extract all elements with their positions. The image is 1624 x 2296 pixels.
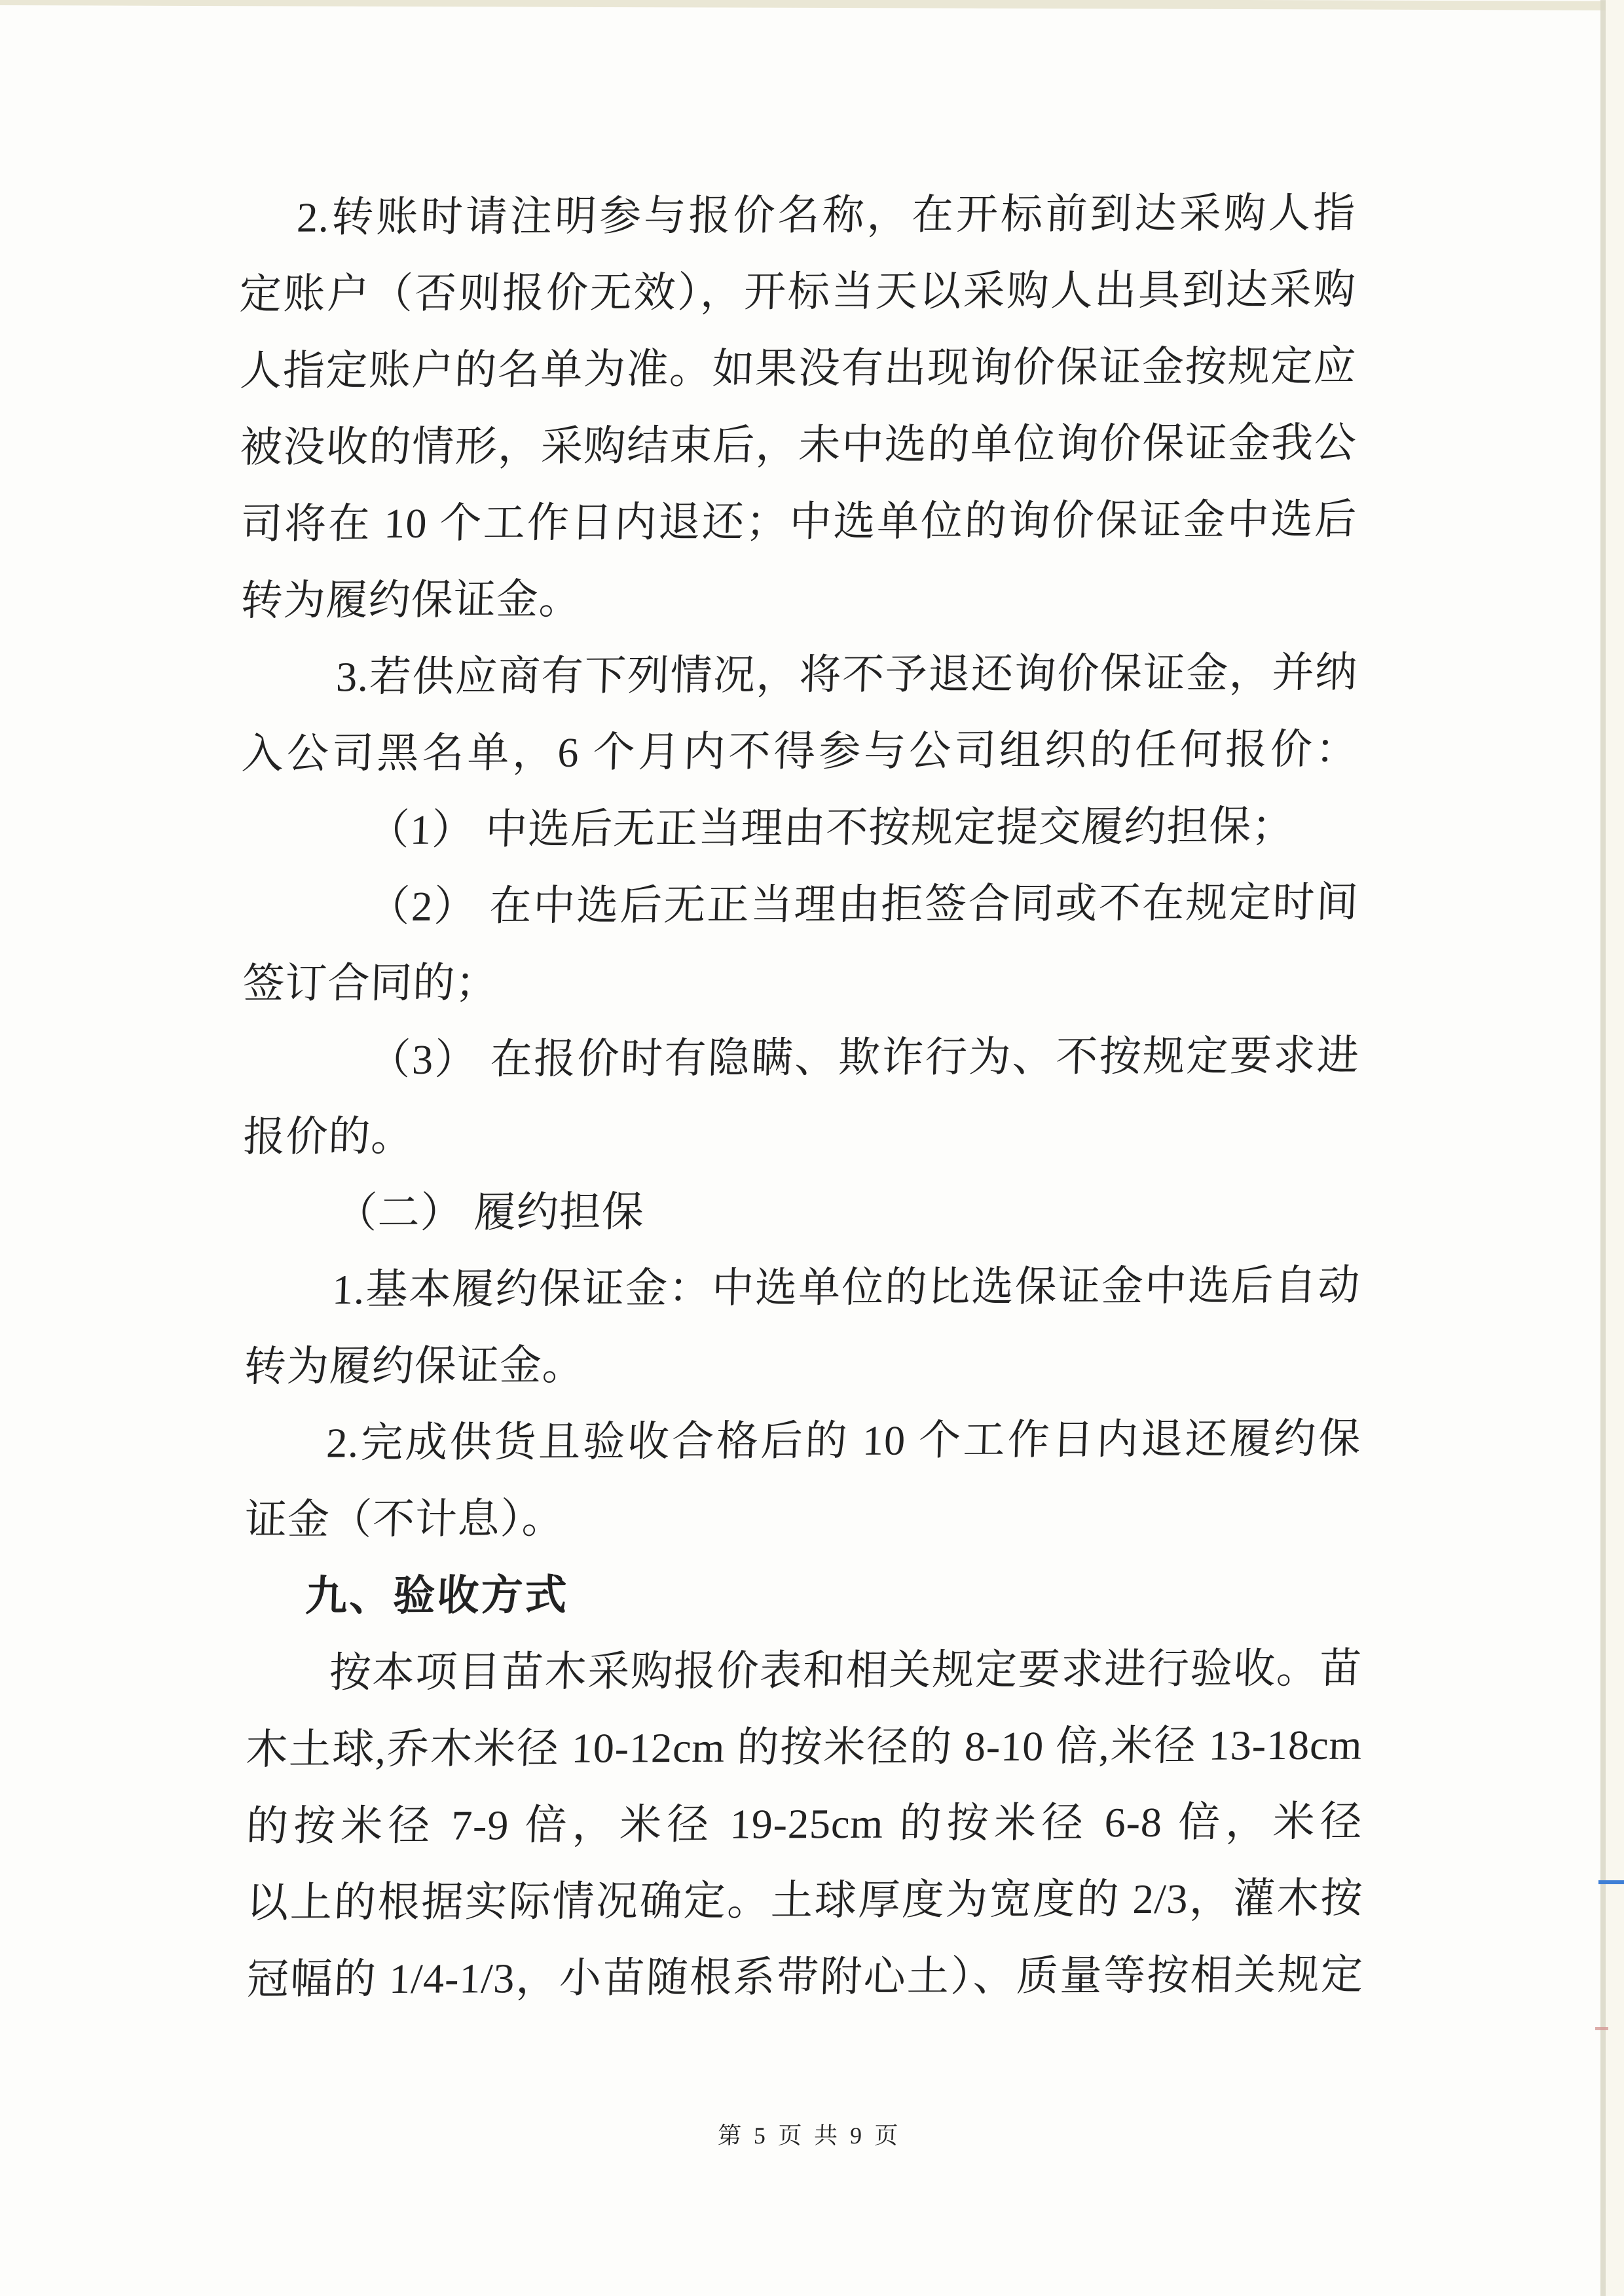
text-line: 的按米径 7-9 倍，米径 19-25cm 的按米径 6-8 倍，米径 25cm — [245, 1783, 1364, 1865]
text-line: 按本项目苗木采购报价表和相关规定要求进行验收。苗 — [244, 1630, 1363, 1711]
text-line: （1） 中选后无正当理由不按规定提交履约担保； — [241, 788, 1360, 869]
text-line: 转为履约保证金。 — [243, 1324, 1362, 1405]
text-line: 2.完成供货且验收合格后的 10 个工作日内退还履约保 — [244, 1400, 1363, 1482]
text-line: 入公司黑名单，6 个月内不得参与公司组织的任何报价： — [240, 711, 1359, 792]
text-line: 以上的根据实际情况确定。土球厚度为宽度的 2/3，灌木按 — [246, 1860, 1365, 1941]
scanned-page: { "document": { "lines": [ { "text": "2.… — [0, 0, 1624, 2296]
text-line: 签订合同的； — [242, 941, 1361, 1022]
text-line: 2.转账时请注明参与报价名称，在开标前到达采购人指 — [238, 175, 1357, 256]
scan-dash-blue — [1598, 1880, 1624, 1884]
text-line: 冠幅的 1/4-1/3，小苗随根系带附心土）、质量等按相关规定 — [246, 1937, 1365, 2018]
text-line: （二） 履约担保 — [242, 1171, 1361, 1252]
document-body: 2.转账时请注明参与报价名称，在开标前到达采购人指定账户（否则报价无效），开标当… — [239, 175, 1363, 2018]
text-line: 定账户（否则报价无效），开标当天以采购人出具到达采购 — [238, 251, 1357, 333]
text-line: 证金（不计息）。 — [244, 1477, 1363, 1558]
text-line: 3.若供应商有下列情况，将不予退还询价保证金，并纳 — [240, 634, 1359, 716]
text-line: 人指定账户的名单为准。如果没有出现询价保证金按规定应 — [238, 328, 1357, 409]
page-footer: 第 5 页 共 9 页 — [710, 2116, 908, 2155]
scan-dash-pink — [1595, 2027, 1608, 2030]
page-outer-margin — [1606, 0, 1624, 2296]
scan-top-edge — [0, 0, 1624, 10]
text-line: （2） 在中选后无正当理由拒签合同或不在规定时间内 — [241, 864, 1360, 945]
text-line: 被没收的情形，采购结束后，未中选的单位询价保证金我公 — [239, 405, 1358, 486]
text-line: （3） 在报价时有隐瞒、欺诈行为、不按规定要求进行 — [242, 1017, 1361, 1099]
text-line: 1.基本履约保证金：中选单位的比选保证金中选后自动 — [243, 1247, 1362, 1328]
text-line: 转为履约保证金。 — [240, 558, 1359, 639]
text-line: 木土球,乔木米径 10-12cm 的按米径的 8-10 倍,米径 13-18cm — [245, 1707, 1364, 1788]
scan-edge-strip — [1600, 0, 1606, 2296]
text-line: 报价的。 — [242, 1094, 1361, 1175]
text-line: 司将在 10 个工作日内退还；中选单位的询价保证金中选后 — [240, 481, 1359, 562]
section-heading: 九、验收方式 — [244, 1554, 1363, 1635]
